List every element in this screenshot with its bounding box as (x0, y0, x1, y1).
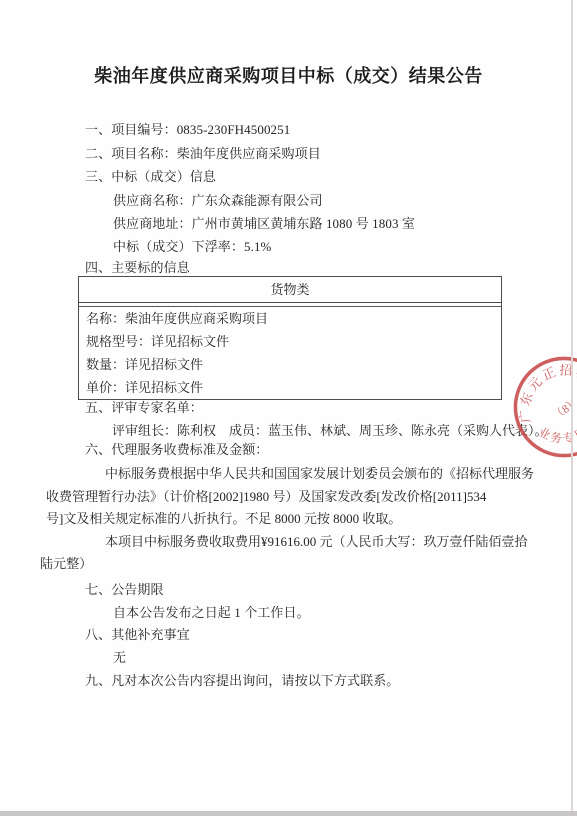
scan-page-bottom-edge (0, 811, 577, 816)
project-name-line: 二、项目名称：柴油年度供应商采购项目 (85, 145, 321, 163)
other-matters-body: 无 (113, 649, 126, 667)
service-fee-amount-line1: 本项目中标服务费收取费用¥91616.00 元（人民币大写：玖万壹仟陆佰壹拾 (105, 533, 528, 551)
project-number-line: 一、项目编号：0835-230FH4500251 (85, 121, 290, 139)
contact-heading: 九、凡对本次公告内容提出询问，请按以下方式联系。 (85, 672, 399, 690)
scan-page-right-edge (571, 0, 573, 812)
table-row-quantity: 数量：详见招标文件 (79, 353, 501, 376)
other-matters-heading: 八、其他补充事宜 (85, 626, 190, 644)
service-fee-amount-line2: 陆元整） (40, 555, 92, 573)
discount-rate-line: 中标（成交）下浮率：5.1% (113, 238, 271, 256)
announcement-period-body: 自本公告发布之日起 1 个工作日。 (113, 604, 310, 622)
agency-fee-heading: 六、代理服务收费标准及金额： (85, 441, 268, 459)
award-info-heading: 三、中标（成交）信息 (85, 168, 216, 186)
table-header-goods-category: 货物类 (79, 277, 501, 303)
document-title: 柴油年度供应商采购项目中标（成交）结果公告 (0, 62, 577, 88)
announcement-period-heading: 七、公告期限 (85, 581, 164, 599)
supplier-name-line: 供应商名称：广东众森能源有限公司 (113, 192, 323, 210)
experts-list-line: 评审组长：陈利权 成员：蓝玉伟、林斌、周玉珍、陈永亮（采购人代表）。 (112, 422, 548, 440)
agency-fee-para1-line2: 收费管理暂行办法》（计价格[2002]1980 号）及国家发改委[发改价格[20… (46, 488, 486, 506)
experts-heading: 五、评审专家名单： (85, 399, 203, 417)
agency-fee-para1-line3: 号]文及相关规定标准的八折执行。不足 8000 元按 8000 收取。 (46, 510, 401, 528)
supplier-address-line: 供应商地址：广州市黄埔区黄埔东路 1080 号 1803 室 (113, 215, 415, 233)
scanned-document-page: 柴油年度供应商采购项目中标（成交）结果公告 一、项目编号：0835-230FH4… (0, 0, 577, 816)
agency-fee-para1-line1: 中标服务费根据中华人民共和国国家发展计划委员会颁布的《招标代理服务 (105, 465, 534, 483)
table-row-name: 名称：柴油年度供应商采购项目 (79, 307, 501, 330)
table-row-spec: 规格型号：详见招标文件 (79, 330, 501, 353)
table-row-unit-price: 单价：详见招标文件 (79, 376, 501, 399)
main-subject-heading: 四、主要标的信息 (85, 259, 190, 277)
goods-info-table: 货物类 名称：柴油年度供应商采购项目 规格型号：详见招标文件 数量：详见招标文件… (78, 276, 502, 400)
